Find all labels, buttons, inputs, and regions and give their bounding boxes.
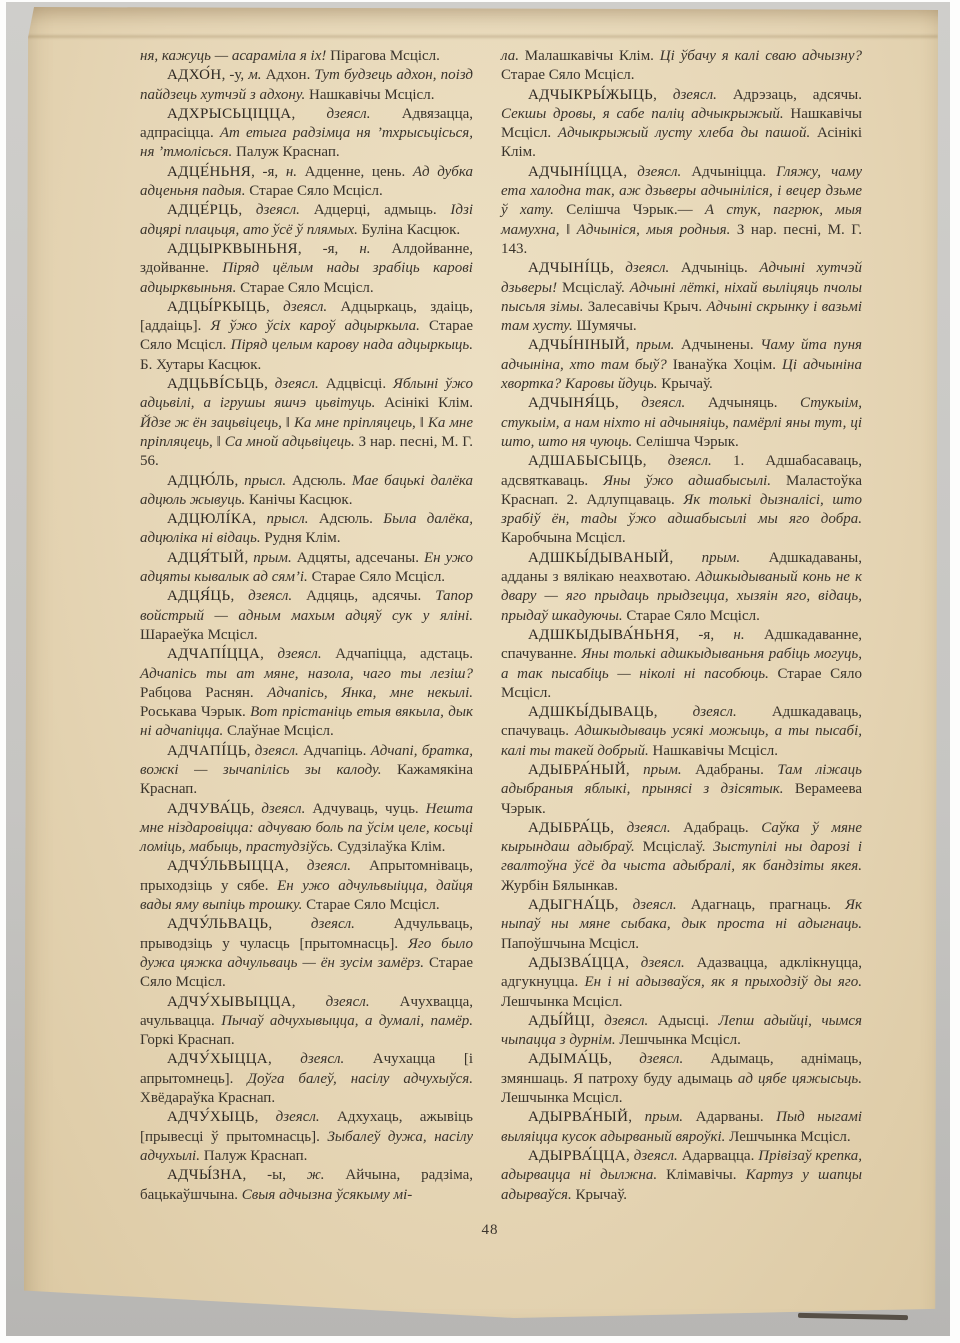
headword: АДЦЯ́ЦЬ: [167, 588, 230, 604]
italic-run: дзеясл.: [693, 704, 737, 720]
dictionary-entry: АДЫБРА́НЫЙ, прым. Адабраны. Там ліжаць а…: [501, 761, 862, 819]
text-run: , -я,: [298, 241, 359, 257]
text-run: Адрэзаць, адсячы.: [717, 87, 862, 103]
text-run: Старае Сяло Мсцісл.: [236, 280, 373, 296]
headword: АДЧУ́ХЫВЫЦЦА: [167, 994, 292, 1010]
italic-run: прым.: [643, 762, 681, 778]
text-run: Горкі Краснап.: [140, 1032, 235, 1048]
headword: АДЧЫКРЫ́ЖЫЦЬ: [528, 87, 653, 103]
headword: АДЦЯ́ТЫЙ: [167, 550, 244, 566]
text-run: ,: [268, 916, 311, 932]
text-run: Слаўнае Мсцісл.: [223, 723, 334, 739]
text-run: , -я,: [251, 164, 286, 180]
text-run: ,: [615, 897, 633, 913]
dictionary-entry: АДЦЯ́ТЫЙ, прым. Адцяты, адсечаны. Ен ужо…: [140, 549, 473, 588]
text-run: Журбін Бялынкав.: [501, 878, 618, 894]
text-run: ,: [251, 801, 262, 817]
text-run: Папоўшчына Мсцісл.: [501, 936, 639, 952]
italic-run: дзеясл.: [634, 1148, 678, 1164]
text-run: ,: [626, 762, 643, 778]
text-run: Старае Сяло Мсцісл.: [623, 608, 760, 624]
text-run: ,: [591, 1013, 604, 1029]
headword: АДЫРВА́ЦЦА: [528, 1148, 626, 1164]
italic-run: дзеясл.: [326, 106, 370, 122]
text-run: ,: [669, 550, 701, 566]
text-run: Адхон.: [262, 67, 315, 83]
text-run: Адабраць.: [671, 820, 762, 836]
headword: АДЫ́ЙЦІ: [528, 1013, 591, 1029]
headword: АДЫБРА́ЦЬ: [528, 820, 610, 836]
text-run: Адчапіць.: [299, 743, 371, 759]
italic-run: дзеясл.: [673, 87, 717, 103]
italic-run: прым.: [645, 1109, 683, 1125]
text-run: Канічы Касцюк.: [245, 492, 352, 508]
text-run: , -ы,: [243, 1167, 307, 1183]
headword: АДЦЕ́РЦЬ: [167, 202, 238, 218]
text-run: ,: [291, 106, 326, 122]
headword: АДЦЬВІ́СЬЦЬ: [167, 376, 264, 392]
dictionary-entry: АДЦЫ́РКЫЦЬ, дзеясл. Адцыркаць, здаіць, […: [140, 298, 473, 375]
headword: АДХО́Н: [167, 67, 222, 83]
dictionary-entry: АДШАБЫСЫЦЬ, дзеясл. 1. Адшабасаваць, адс…: [501, 452, 862, 548]
text-run: Нашкавічы Мсцісл.: [305, 87, 434, 103]
dictionary-entry: АДЧЫ́НІНЫЙ, прым. Адчынены. Чаму йта пун…: [501, 336, 862, 394]
headword: АДШАБЫСЫЦЬ: [528, 453, 643, 469]
text-run: Адарваны.: [683, 1109, 776, 1125]
italic-run: дзеясл.: [625, 260, 669, 276]
italic-run: прысл.: [244, 473, 286, 489]
italic-run: дзеясл.: [256, 202, 300, 218]
continuation-paragraph: ла. Малашкавічы Клім. Ці ўбачу я калі св…: [501, 47, 862, 86]
text-run: Лешчынка Мсцісл.: [501, 994, 622, 1010]
italic-run: дзеясл.: [300, 1051, 344, 1067]
text-run: Адсюль.: [309, 511, 384, 527]
dictionary-entry: АДЧЫ́ЗНА, -ы, ж. Айчына, радзіма, бацька…: [140, 1166, 473, 1205]
italic-run: Адчапісь ты ат мяне, назола, чаго ты лез…: [140, 666, 473, 682]
text-run: Адчуваць, чуць.: [305, 801, 425, 817]
italic-run: прым.: [702, 550, 740, 566]
dictionary-entry: АДХРЫСЬЦІЦЦА, дзеясл. Адвязацца, адпрасі…: [140, 105, 473, 163]
dictionary-entry: АДЧЫКРЫ́ЖЫЦЬ, дзеясл. Адрэзаць, адсячы. …: [501, 86, 862, 163]
dictionary-entry: АДЦЕ́НЬНЯ, -я, н. Адценне, цень. Ад дубк…: [140, 163, 473, 202]
dictionary-entry: АДЦЮ́ЛЬ, прысл. Адсюль. Мае бацькі далёк…: [140, 472, 473, 511]
text-run: Залесавічы Крыч.: [583, 299, 706, 315]
italic-run: Я ўжо ўсіх кароў адцыркыла.: [210, 318, 419, 334]
headword: АДЦЮ́ЛЬ: [167, 473, 234, 489]
text-run: Рабцова Раснян.: [140, 685, 267, 701]
dictionary-entry: АДЧАПІ́ЦЦА, дзеясл. Адчапіцца, адстаць. …: [140, 645, 473, 741]
text-run: Адценне, цень.: [297, 164, 413, 180]
dictionary-entry: АДЦЮЛІ́КА, прысл. Адсюль. Была далёка, а…: [140, 510, 473, 549]
italic-run: Свыя адчызна ўсякыму мі-: [242, 1187, 413, 1203]
headword: АДЧЫНІ́ЦЬ: [528, 260, 610, 276]
text-run: ,: [264, 376, 275, 392]
text-run: Адчыніцца.: [681, 164, 776, 180]
page-top-fold-shadow: [24, 35, 938, 38]
italic-run: Піряд целым карову нада адцыркыць.: [231, 337, 473, 353]
text-run: Нашкавічы Мсцісл.: [649, 743, 778, 759]
italic-run: дзеясл.: [637, 164, 681, 180]
text-run: Крычаў.: [658, 376, 713, 392]
headword: АДЧУ́ХЫЦЦА: [167, 1051, 268, 1067]
text-run: ,: [608, 1051, 639, 1067]
left-column: ня, кажуць — асараміла я іх! Пірагова Мс…: [140, 47, 473, 1205]
dictionary-entry: АДЫБРА́ЦЬ, дзеясл. Адабраць. Саўка ў мян…: [501, 819, 862, 896]
dictionary-entry: АДШКЫ́ДЫВАНЫЙ, прым. Адшкадаваны, адданы…: [501, 549, 862, 626]
headword: АДЧЫ́НІНЫЙ: [528, 337, 626, 353]
text-run: Адысці.: [648, 1013, 718, 1029]
text-run: Б. Хутары Касцюк.: [140, 357, 261, 373]
italic-run: Яны ўжо адшабысылі.: [603, 473, 771, 489]
text-run: Адчыніць.: [669, 260, 759, 276]
headword: АДЧУ́ЛЬВЫЦЦА: [167, 858, 285, 874]
text-run: Лешчынка Мсцісл.: [501, 1090, 622, 1106]
text-run: Шумячы.: [573, 318, 637, 334]
headword: АДЦЕ́НЬНЯ: [167, 164, 251, 180]
text-run: Адцяты, адсечаны.: [292, 550, 424, 566]
headword: АДЧУВА́ЦЬ: [167, 801, 251, 817]
text-run: Старае Сяло Мсцісл.: [302, 897, 439, 913]
text-run: ,: [615, 395, 641, 411]
text-run: Каробчына Мсцісл.: [501, 530, 626, 546]
text-run: Адцвісці.: [319, 376, 393, 392]
headword: АДЫЗВА́ЦЦА: [528, 955, 625, 971]
text-run: ,: [238, 202, 256, 218]
text-run: Старае Сяло Мсцісл.: [246, 183, 383, 199]
dictionary-entry: АДЦЕ́РЦЬ, дзеясл. Адцерці, адмыць. Ідзі …: [140, 201, 473, 240]
dictionary-entry: АДШКЫДЫВА́НЬНЯ, -я, н. Адшкадаванне, спа…: [501, 626, 862, 703]
italic-run: ад цябе цяжысьць.: [738, 1071, 862, 1087]
italic-run: н.: [359, 241, 370, 257]
text-run: Адцерці, адмыць.: [300, 202, 451, 218]
text-run: Іванаўка Хоцім.: [667, 357, 782, 373]
italic-run: прым.: [253, 550, 291, 566]
headword: АДЧУ́ЛЬВАЦЬ: [167, 916, 268, 932]
italic-run: дзеясл.: [627, 820, 671, 836]
italic-run: дзеясл.: [633, 897, 677, 913]
dictionary-entry: АДЧЫНІ́ЦЬ, дзеясл. Адчыніць. Адчыні хутч…: [501, 259, 862, 336]
headword: АДЧЫНЯ́ЦЬ: [528, 395, 615, 411]
italic-run: дзеясл.: [276, 1109, 320, 1125]
italic-run: прысл.: [266, 511, 308, 527]
dictionary-entry: АДЫГНА́ЦЬ, дзеясл. Адагнаць, прагнаць. Я…: [501, 896, 862, 954]
dictionary-entry: АДЧЫНІ́ЦЦА, дзеясл. Адчыніцца. Гляжу, ча…: [501, 163, 862, 259]
headword: АДХРЫСЬЦІЦЦА: [167, 106, 291, 122]
continuation-paragraph: ня, кажуць — асараміла я іх! Пірагова Мс…: [140, 47, 473, 66]
page-number: 48: [129, 1222, 851, 1239]
dictionary-entry: АДЧУ́ХЫВЫЦЦА, дзеясл. Ачухвацца, ачульва…: [140, 993, 473, 1051]
text-run: ,: [252, 511, 266, 527]
text-run: Малашкавічы Клім.: [519, 48, 660, 64]
italic-run: дзеясл.: [311, 916, 355, 932]
italic-run: дзеясл.: [283, 299, 327, 315]
text-run: Хвёдараўка Краснап.: [140, 1090, 275, 1106]
italic-run: дзеясл.: [326, 994, 370, 1010]
page-content: ня, кажуць — асараміла я іх! Пірагова Мс…: [140, 47, 862, 1205]
text-run: Судзілаўка Клім.: [334, 839, 446, 855]
dictionary-entry: АДШКЫ́ДЫВАЦЬ, дзеясл. Адшкадаваць, спачу…: [501, 703, 862, 761]
text-run: Мсціслаў.: [557, 280, 630, 296]
headword: АДЧЫНІ́ЦЦА: [528, 164, 623, 180]
text-run: Крычаў.: [572, 1187, 627, 1203]
dictionary-entry: АДЫМА́ЦЬ, дзеясл. Адымаць, аднімаць, змя…: [501, 1050, 862, 1108]
headword: АДЫГНА́ЦЬ: [528, 897, 615, 913]
scan-canvas: ня, кажуць — асараміла я іх! Пірагова Мс…: [0, 0, 960, 1343]
text-run: ,: [230, 588, 248, 604]
dictionary-entry: АДЧУ́ЛЬВАЦЬ, дзеясл. Адчульваць, прыводз…: [140, 915, 473, 992]
text-run: Клімавічы.: [657, 1167, 746, 1183]
text-run: ,: [654, 704, 693, 720]
text-run: ,: [626, 1148, 634, 1164]
headword: АДШКЫ́ДЫВАЦЬ: [528, 704, 654, 720]
italic-run: дзеясл.: [278, 646, 322, 662]
text-run: Палуж Краснап.: [200, 1148, 307, 1164]
dictionary-entry: АДЦЯ́ЦЬ, дзеясл. Адцяць, адсячы. Тапор в…: [140, 587, 473, 645]
italic-run: Пычаў адчухывыцца, а думалі, памёр.: [221, 1013, 473, 1029]
text-run: ,: [255, 1109, 276, 1125]
italic-run: ня, кажуць — асараміла я іх!: [140, 48, 330, 64]
dictionary-entry: АДЧАПІ́ЦЬ, дзеясл. Адчапіць. Адчапі, бра…: [140, 742, 473, 800]
italic-run: Ен і ні адызваўся, як я прыходзіў ды яго…: [585, 974, 862, 990]
text-run: ,: [623, 164, 637, 180]
dictionary-entry: АДЫРВА́НЫЙ, прым. Адарваны. Пыд ныгамі в…: [501, 1108, 862, 1147]
dictionary-entry: АДЫРВА́ЦЦА, дзеясл. Адарвацца. Прівізаў …: [501, 1147, 862, 1205]
italic-run: Адчапісь, Янка, мне некылі.: [267, 685, 473, 701]
text-run: Старае Сяло Мсцісл.: [501, 67, 635, 83]
italic-run: Ці ўбачу я калі сваю адчызну?: [660, 48, 862, 64]
dictionary-entry: АДЫ́ЙЦІ, дзеясл. Адысці. Лепш адыйці, чы…: [501, 1012, 862, 1051]
text-run: ,: [628, 1109, 644, 1125]
text-run: Лешчынка Мсцісл.: [725, 1129, 850, 1145]
headword: АДЧАПІ́ЦЬ: [167, 743, 247, 759]
text-run: ,: [260, 646, 277, 662]
italic-run: н.: [733, 627, 744, 643]
italic-run: дзеясл.: [641, 955, 685, 971]
text-run: Адсюль.: [286, 473, 352, 489]
text-run: Адарвацца.: [678, 1148, 759, 1164]
italic-run: н.: [286, 164, 297, 180]
text-run: ,: [285, 858, 307, 874]
text-run: Селішча Чэрык.—: [554, 202, 705, 218]
headword: АДЦЫРКВЫНЬНЯ: [167, 241, 298, 257]
text-run: ,: [268, 1051, 300, 1067]
headword: АДЧЫ́ЗНА: [167, 1167, 243, 1183]
text-run: Адцяць, адсячы.: [292, 588, 435, 604]
text-run: ,: [626, 337, 636, 353]
headword: АДЦЫ́РКЫЦЬ: [167, 299, 266, 315]
italic-run: дзеясл.: [639, 1051, 683, 1067]
headword: АДЧАПІ́ЦЦА: [167, 646, 260, 662]
dictionary-entry: АДЦЬВІ́СЬЦЬ, дзеясл. Адцвісці. Яблыні ўж…: [140, 375, 473, 471]
italic-run: дзеясл.: [641, 395, 685, 411]
text-run: ,: [244, 550, 253, 566]
italic-run: дзеясл.: [668, 453, 712, 469]
headword: АДЧУ́ХЫЦЬ: [167, 1109, 255, 1125]
italic-run: Адчыкрыжый лусту хлеба ды пашой.: [558, 125, 810, 141]
text-run: ,: [625, 955, 641, 971]
dictionary-entry: АДЧУ́ХЫЦЦА, дзеясл. Ачухацца [і апрытомн…: [140, 1050, 473, 1108]
text-run: ,: [643, 453, 668, 469]
dictionary-entry: АДЧУ́ЛЬВЫЦЦА, дзеясл. Апрытомніваць, пры…: [140, 857, 473, 915]
text-run: ,: [266, 299, 283, 315]
text-run: Селішча Чэрык.: [632, 434, 739, 450]
dictionary-entry: АДЫЗВА́ЦЦА, дзеясл. Адазвацца, адклікнуц…: [501, 954, 862, 1012]
text-run: ,: [610, 820, 626, 836]
text-run: Пірагова Мсцісл.: [330, 48, 440, 64]
italic-run: дзеясл.: [248, 588, 292, 604]
text-run: , -у,: [222, 67, 249, 83]
italic-run: Доўга балеў, насілу адчухыўся.: [247, 1071, 473, 1087]
dictionary-entry: АДЧУ́ХЫЦЬ, дзеясл. Адхухаць, ажывіць [пр…: [140, 1108, 473, 1166]
dictionary-entry: АДЧЫНЯ́ЦЬ, дзеясл. Адчыняць. Стукыім, ст…: [501, 394, 862, 452]
text-run: Адчынены.: [674, 337, 760, 353]
text-run: Адабраны.: [682, 762, 778, 778]
text-run: ,: [610, 260, 625, 276]
italic-run: ж.: [307, 1167, 325, 1183]
text-run: ,: [247, 743, 255, 759]
italic-run: ла.: [501, 48, 519, 64]
text-run: ,: [653, 87, 673, 103]
headword: АДЫБРА́НЫЙ: [528, 762, 626, 778]
text-run: Лешчынка Мсцісл.: [616, 1032, 741, 1048]
text-run: Асінікі Клім.: [375, 395, 473, 411]
text-run: Роськава Чэрык.: [140, 704, 250, 720]
text-run: ,: [234, 473, 244, 489]
text-run: Шараеўка Мсцісл.: [140, 627, 258, 643]
text-run: Рудня Клім.: [261, 530, 341, 546]
italic-run: дзеясл.: [307, 858, 351, 874]
text-run: Мсціслаў.: [635, 839, 713, 855]
headword: АДШКЫДЫВА́НЬНЯ: [528, 627, 675, 643]
dictionary-entry: АДЦЫРКВЫНЬНЯ, -я, н. Алдойванне, здойван…: [140, 240, 473, 298]
text-run: , -я,: [675, 627, 733, 643]
text-run: ,: [292, 994, 326, 1010]
text-run: Адчыняць.: [685, 395, 800, 411]
text-run: Старае Сяло Мсцісл.: [308, 569, 445, 585]
dictionary-entry: АДХО́Н, -у, м. Адхон. Тут будзець адхон,…: [140, 66, 473, 105]
headword: АДШКЫ́ДЫВАНЫЙ: [528, 550, 669, 566]
italic-run: дзеясл.: [255, 743, 299, 759]
text-run: Палуж Краснап.: [232, 144, 339, 160]
right-column: ла. Малашкавічы Клім. Ці ўбачу я калі св…: [501, 47, 862, 1205]
italic-run: дзеясл.: [261, 801, 305, 817]
headword: АДЫМА́ЦЬ: [528, 1051, 608, 1067]
italic-run: м.: [248, 67, 261, 83]
italic-run: дзеясл.: [275, 376, 319, 392]
headword: АДЦЮЛІ́КА: [167, 511, 252, 527]
headword: АДЫРВА́НЫЙ: [528, 1109, 628, 1125]
dictionary-entry: АДЧУВА́ЦЬ, дзеясл. Адчуваць, чуць. Нешта…: [140, 800, 473, 858]
text-run: Адагнаць, прагнаць.: [677, 897, 846, 913]
text-run: Адчапіцца, адстаць.: [322, 646, 473, 662]
italic-run: Секшы дровы, я сабе паліц адчыкрыжый.: [501, 106, 784, 122]
italic-run: прым.: [636, 337, 674, 353]
italic-run: дзеясл.: [604, 1013, 648, 1029]
text-run: Буліна Касцюк.: [358, 222, 460, 238]
